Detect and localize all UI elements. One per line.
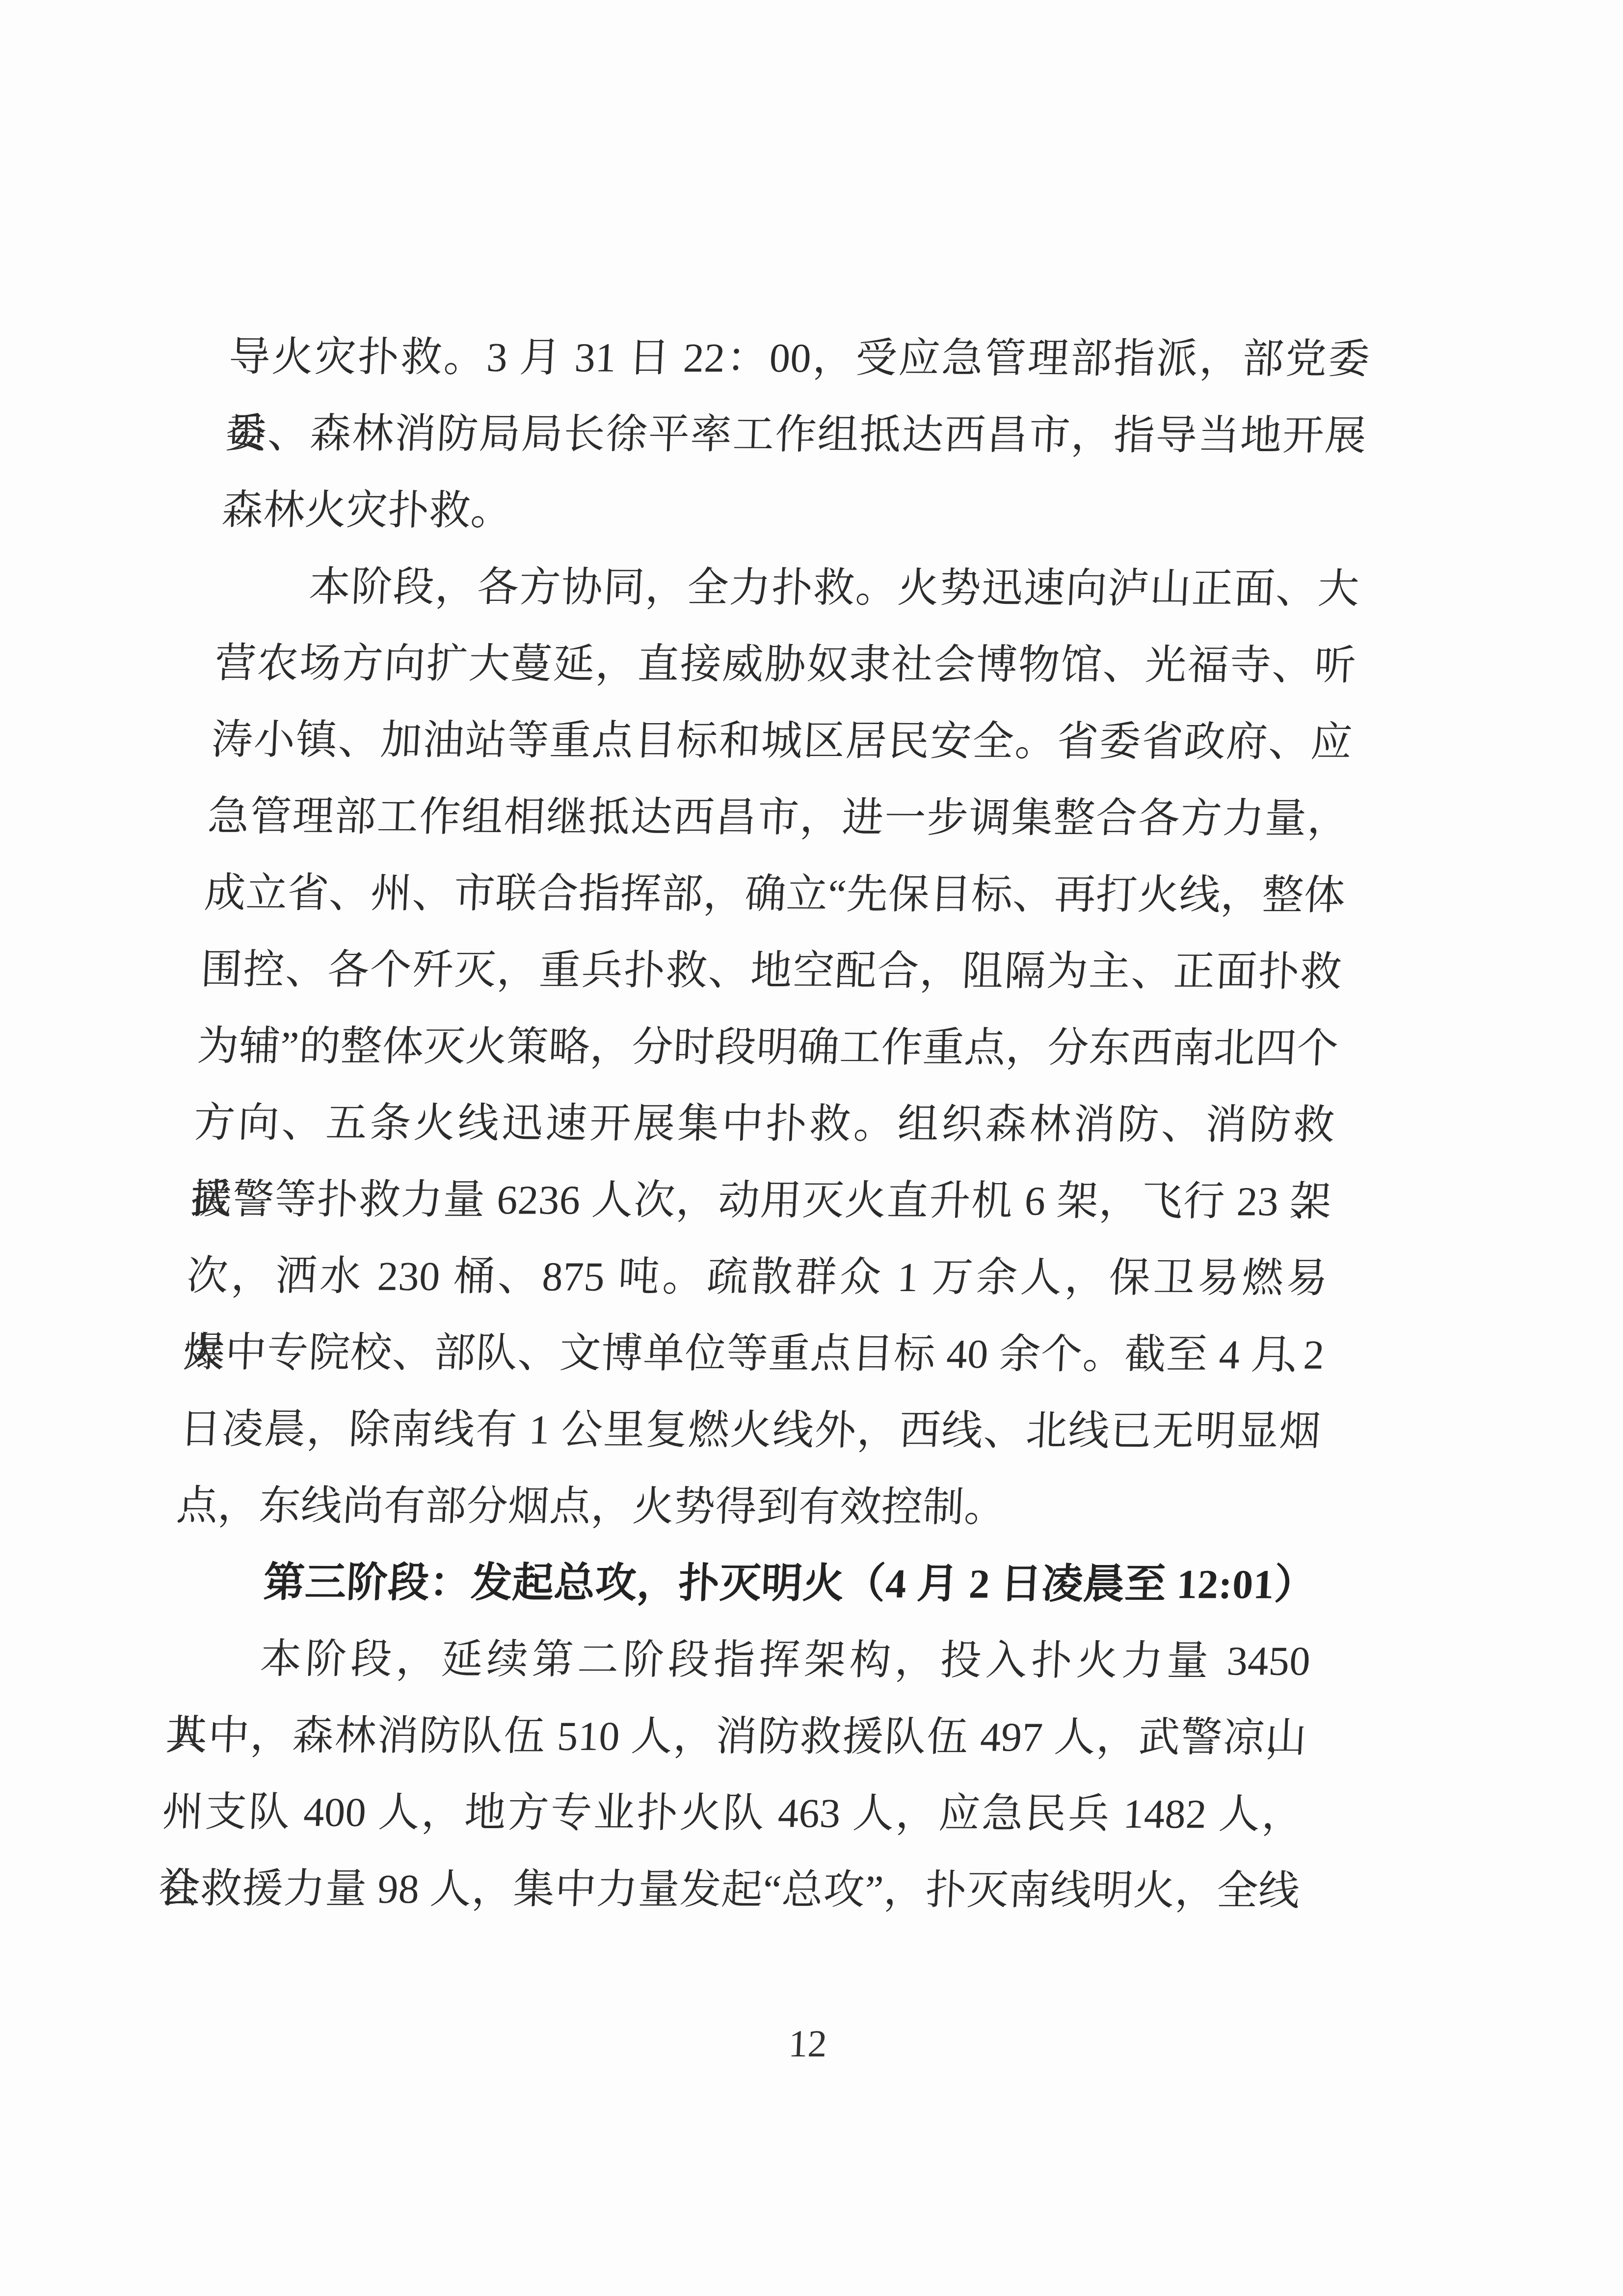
- text-line: 为辅”的整体灭火策略，分时段明确工作重点，分东西南北四个: [196, 1008, 1340, 1087]
- text-line: 其中，森林消防队伍 510 人，消防救援队伍 497 人，武警凉山: [164, 1698, 1308, 1777]
- text-line: 日凌晨，除南线有 1 公里复燃火线外，西线、北线已无明显烟: [178, 1391, 1323, 1470]
- text-line: 武警等扑救力量 6236 人次，动用灭火直升机 6 架，飞行 23 架: [188, 1162, 1333, 1241]
- text-line: 成立省、州、市联合指挥部，确立“先保目标、再打火线，整体: [203, 855, 1347, 934]
- text-line: 本阶段，各方协同，全力扑救。火势迅速向泸山正面、大: [216, 549, 1361, 628]
- text-line: 员、森林消防局局长徐平率工作组抵达西昌市，指导当地开展: [224, 396, 1368, 475]
- text-line: 州支队 400 人，地方专业扑火队 463 人，应急民兵 1482 人，社: [160, 1774, 1305, 1853]
- text-line: 导火灾扑救。3 月 31 日 22：00，受应急管理部指派，部党委委: [227, 319, 1372, 398]
- text-line: 围控、各个歼灭，重兵扑救、地空配合，阻隔为主、正面扑救: [199, 932, 1344, 1011]
- page-number: 12: [758, 2022, 858, 2066]
- text-line: 森林火灾扑救。: [220, 472, 1365, 551]
- text-line: 方向、五条火线迅速开展集中扑救。组织森林消防、消防救援、: [192, 1085, 1336, 1164]
- text-line: 点，东线尚有部分烟点，火势得到有效控制。: [175, 1468, 1319, 1547]
- text-line: 本阶段，延续第二阶段指挥架构，投入扑火力量 3450 人，: [168, 1621, 1312, 1700]
- section-heading: 第三阶段：发起总攻，扑灭明火（4 月 2 日凌晨至 12:01）: [171, 1544, 1316, 1623]
- text-line: 营农场方向扩大蔓延，直接威胁奴隶社会博物馆、光福寺、听: [213, 625, 1357, 704]
- text-line: 次，洒水 230 桶、875 吨。疏散群众 1 万余人，保卫易燃易爆、: [185, 1238, 1330, 1317]
- text-line: 大中专院校、部队、文博单位等重点目标 40 余个。截至 4 月 2: [182, 1315, 1326, 1394]
- document-page: 导火灾扑救。3 月 31 日 22：00，受应急管理部指派，部党委委 员、森林消…: [0, 0, 1623, 2296]
- text-line: 急管理部工作组相继抵达西昌市，进一步调集整合各方力量，: [206, 779, 1351, 858]
- body-text: 导火灾扑救。3 月 31 日 22：00，受应急管理部指派，部党委委 员、森林消…: [157, 319, 1372, 1930]
- text-line: 会救援力量 98 人，集中力量发起“总攻”，扑灭南线明火，全线: [157, 1851, 1302, 1930]
- text-line: 涛小镇、加油站等重点目标和城区居民安全。省委省政府、应: [210, 702, 1354, 781]
